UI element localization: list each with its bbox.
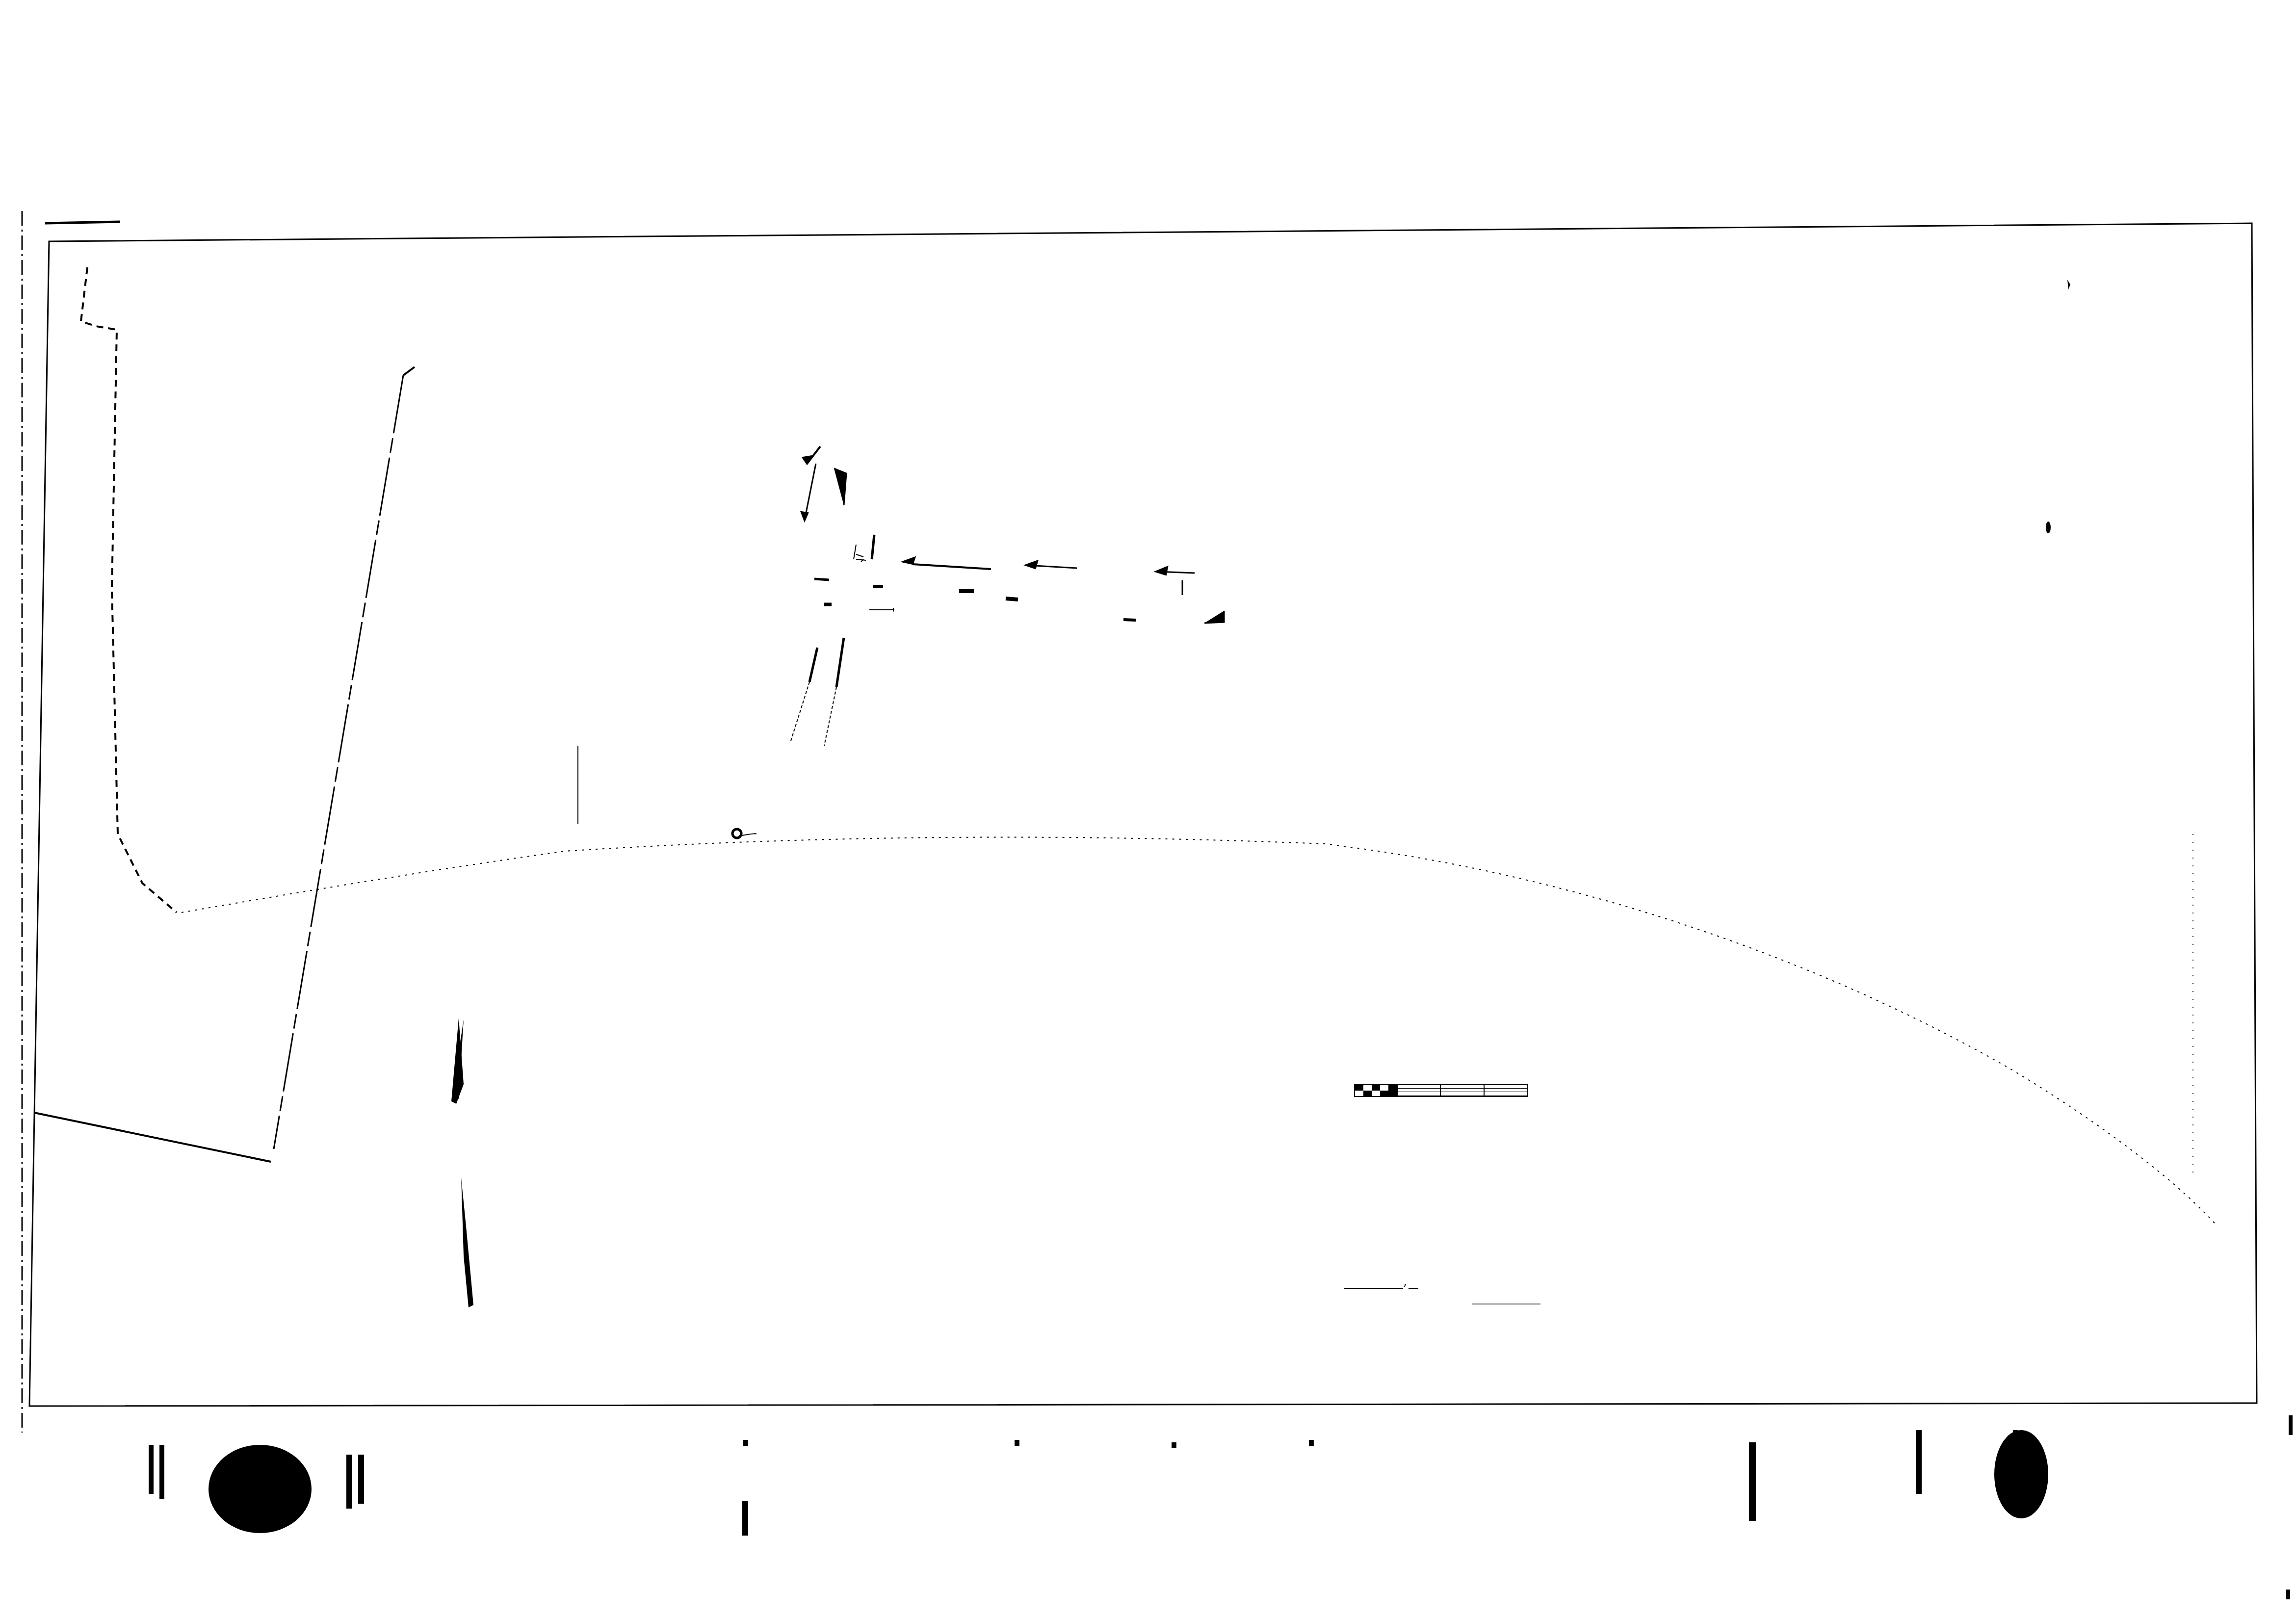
film-strip-marks [149, 1415, 2293, 1599]
certificate-day [1344, 1278, 1354, 1289]
map-linework [0, 0, 2296, 1617]
survey-station [732, 829, 756, 838]
title-block [1325, 1065, 1668, 1222]
certificate-line: , [1344, 1276, 1717, 1291]
engineer-certificate: , [1344, 1276, 1717, 1307]
scale-bar-labels [1325, 1070, 1599, 1085]
archive-prefix [638, 1451, 646, 1459]
scale-bar-checker [1355, 1085, 1397, 1096]
film-code-1 [743, 1440, 748, 1446]
scratch-marks [451, 280, 2070, 1307]
certificate-signature-line [1344, 1291, 1717, 1307]
film-code-3 [1172, 1442, 1176, 1448]
certificate-year [1409, 1278, 1418, 1289]
film-code-4 [1309, 1440, 1314, 1446]
mine-workings [791, 446, 1224, 746]
engineer-signature [1472, 1294, 1511, 1304]
rpe-number [1511, 1294, 1540, 1304]
certificate-month [1354, 1278, 1403, 1289]
scale-bar [1354, 1084, 1528, 1097]
property-boundaries [34, 267, 578, 1162]
map-border [22, 211, 2257, 1433]
scale-bar-segments [1397, 1085, 1527, 1096]
film-code-2 [1015, 1440, 1019, 1446]
highway-line [182, 834, 2218, 1226]
